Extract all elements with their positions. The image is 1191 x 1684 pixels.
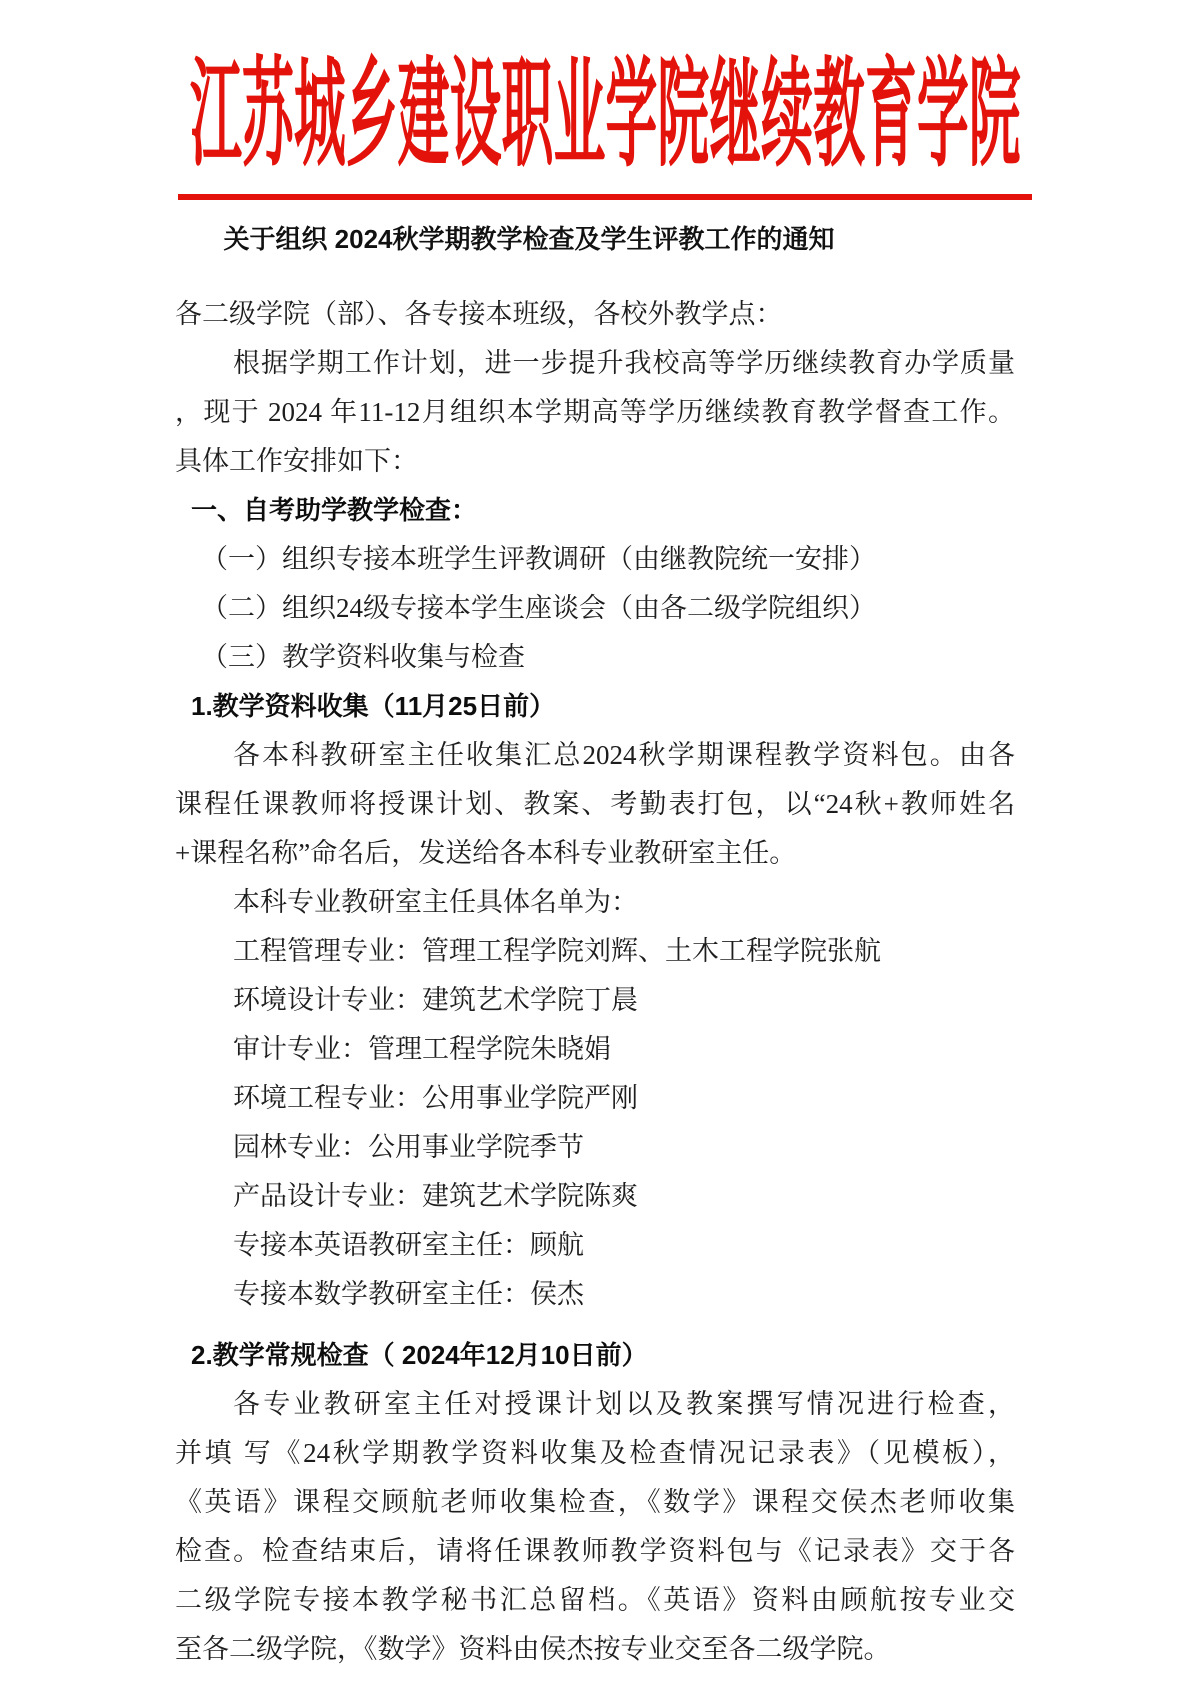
body-line: 1.教学资料收集（11月25日前）: [175, 682, 1015, 731]
body-line: 各专业教研室主任对授课计划以及教案撰写情况进行检查，: [175, 1380, 1015, 1429]
body-line: 工程管理专业：管理工程学院刘辉、土木工程学院张航: [175, 927, 1015, 976]
document-body: 各二级学院（部）、各专接本班级，各校外教学点：根据学期工作计划，进一步提升我校高…: [175, 290, 1015, 1674]
body-line: 并填 写《24秋学期教学资料收集及检查情况记录表》（见模板），: [175, 1429, 1015, 1478]
body-line: 园林专业：公用事业学院季节: [175, 1123, 1015, 1172]
body-line: 各本科教研室主任收集汇总2024秋学期课程教学资料包。由各: [175, 731, 1015, 780]
body-line: 一、自考助学教学检查：: [175, 486, 1015, 535]
body-line: 根据学期工作计划，进一步提升我校高等学历继续教育办学质量: [175, 339, 1015, 388]
body-line: 课程任课教师将授课计划、教案、考勤表打包，以“24秋+教师姓名: [175, 780, 1015, 829]
notice-document-page: 江苏城乡建设职业学院继续教育学院 关于组织 2024秋学期教学检查及学生评教工作…: [0, 0, 1191, 1684]
body-line: 《英语》课程交顾航老师收集检查，《数学》课程交侯杰老师收集: [175, 1478, 1015, 1527]
body-line: 本科专业教研室主任具体名单为：: [175, 878, 1015, 927]
body-line: 环境工程专业：公用事业学院严刚: [175, 1074, 1015, 1123]
body-line: 审计专业：管理工程学院朱晓娟: [175, 1025, 1015, 1074]
header-banner: 江苏城乡建设职业学院继续教育学院: [190, 50, 1191, 190]
body-line: （三）教学资料收集与检查: [175, 633, 1015, 682]
body-line: ，现于 2024 年11-12月组织本学期高等学历继续教育教学督查工作。: [175, 388, 1015, 437]
body-line: 二级学院专接本教学秘书汇总留档。《英语》资料由顾航按专业交: [175, 1576, 1015, 1625]
body-line: 环境设计专业：建筑艺术学院丁晨: [175, 976, 1015, 1025]
body-line: 专接本数学教研室主任：侯杰: [175, 1270, 1015, 1319]
body-line: 各二级学院（部）、各专接本班级，各校外教学点：: [175, 290, 1015, 339]
banner-underline: [178, 194, 1032, 200]
body-line: +课程名称”命名后，发送给各本科专业教研室主任。: [175, 829, 1015, 878]
body-line: 检查。检查结束后，请将任课教师教学资料包与《记录表》交于各: [175, 1527, 1015, 1576]
body-line: 至各二级学院，《数学》资料由侯杰按专业交至各二级学院。: [175, 1625, 1015, 1674]
body-line: 产品设计专业：建筑艺术学院陈爽: [175, 1172, 1015, 1221]
body-line: （二）组织24级专接本学生座谈会（由各二级学院组织）: [175, 584, 1015, 633]
body-line: 2.教学常规检查（ 2024年12月10日前）: [175, 1331, 1015, 1380]
college-name-text: 江苏城乡建设职业学院继续教育学院: [190, 50, 1021, 182]
body-line: 具体工作安排如下：: [175, 437, 1015, 486]
notice-title: 关于组织 2024秋学期教学检查及学生评教工作的通知: [175, 218, 1015, 260]
body-line: 专接本英语教研室主任：顾航: [175, 1221, 1015, 1270]
body-line: （一）组织专接本班学生评教调研（由继教院统一安排）: [175, 535, 1015, 584]
